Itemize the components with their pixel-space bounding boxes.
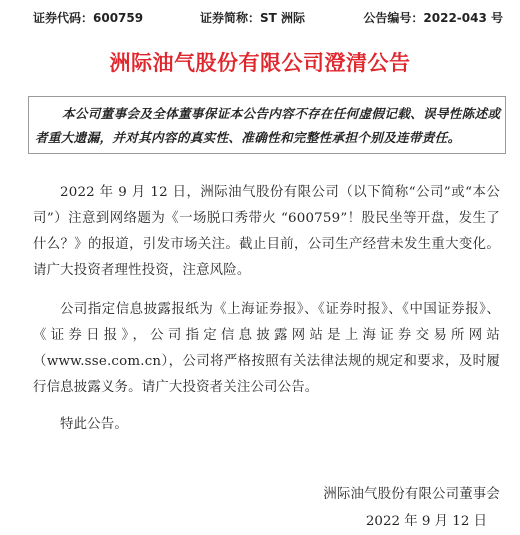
signature-date: 2022 年 9 月 12 日 bbox=[366, 510, 487, 534]
security-code: 证券代码：600759 bbox=[33, 8, 143, 28]
announcement-number: 公告编号：2022-043 号 bbox=[363, 8, 503, 28]
body-paragraph-disclosure-channels: 公司指定信息披露报纸为《上海证券报》、《证券时报》、《中国证券报》、《证券日报》… bbox=[33, 297, 500, 401]
disclaimer-box: 本公司董事会及全体董事保证本公告内容不存在任何虚假记载、误导性陈述或者重大遗漏，… bbox=[28, 96, 506, 154]
body-paragraph-clarification: 2022 年 9 月 12 日，洲际油气股份有限公司（以下简称“公司”或“本公司… bbox=[33, 180, 500, 284]
document-title: 洲际油气股份有限公司澄清公告 bbox=[0, 49, 520, 77]
disclaimer-text: 本公司董事会及全体董事保证本公告内容不存在任何虚假记载、误导性陈述或者重大遗漏，… bbox=[35, 102, 501, 150]
signature-company: 洲际油气股份有限公司董事会 bbox=[323, 483, 500, 507]
document-header: 证券代码：600759 证券简称：ST 洲际 公告编号：2022-043 号 bbox=[33, 8, 503, 28]
body-paragraph-closing: 特此公告。 bbox=[33, 412, 500, 438]
security-abbreviation: 证券简称：ST 洲际 bbox=[200, 8, 305, 28]
